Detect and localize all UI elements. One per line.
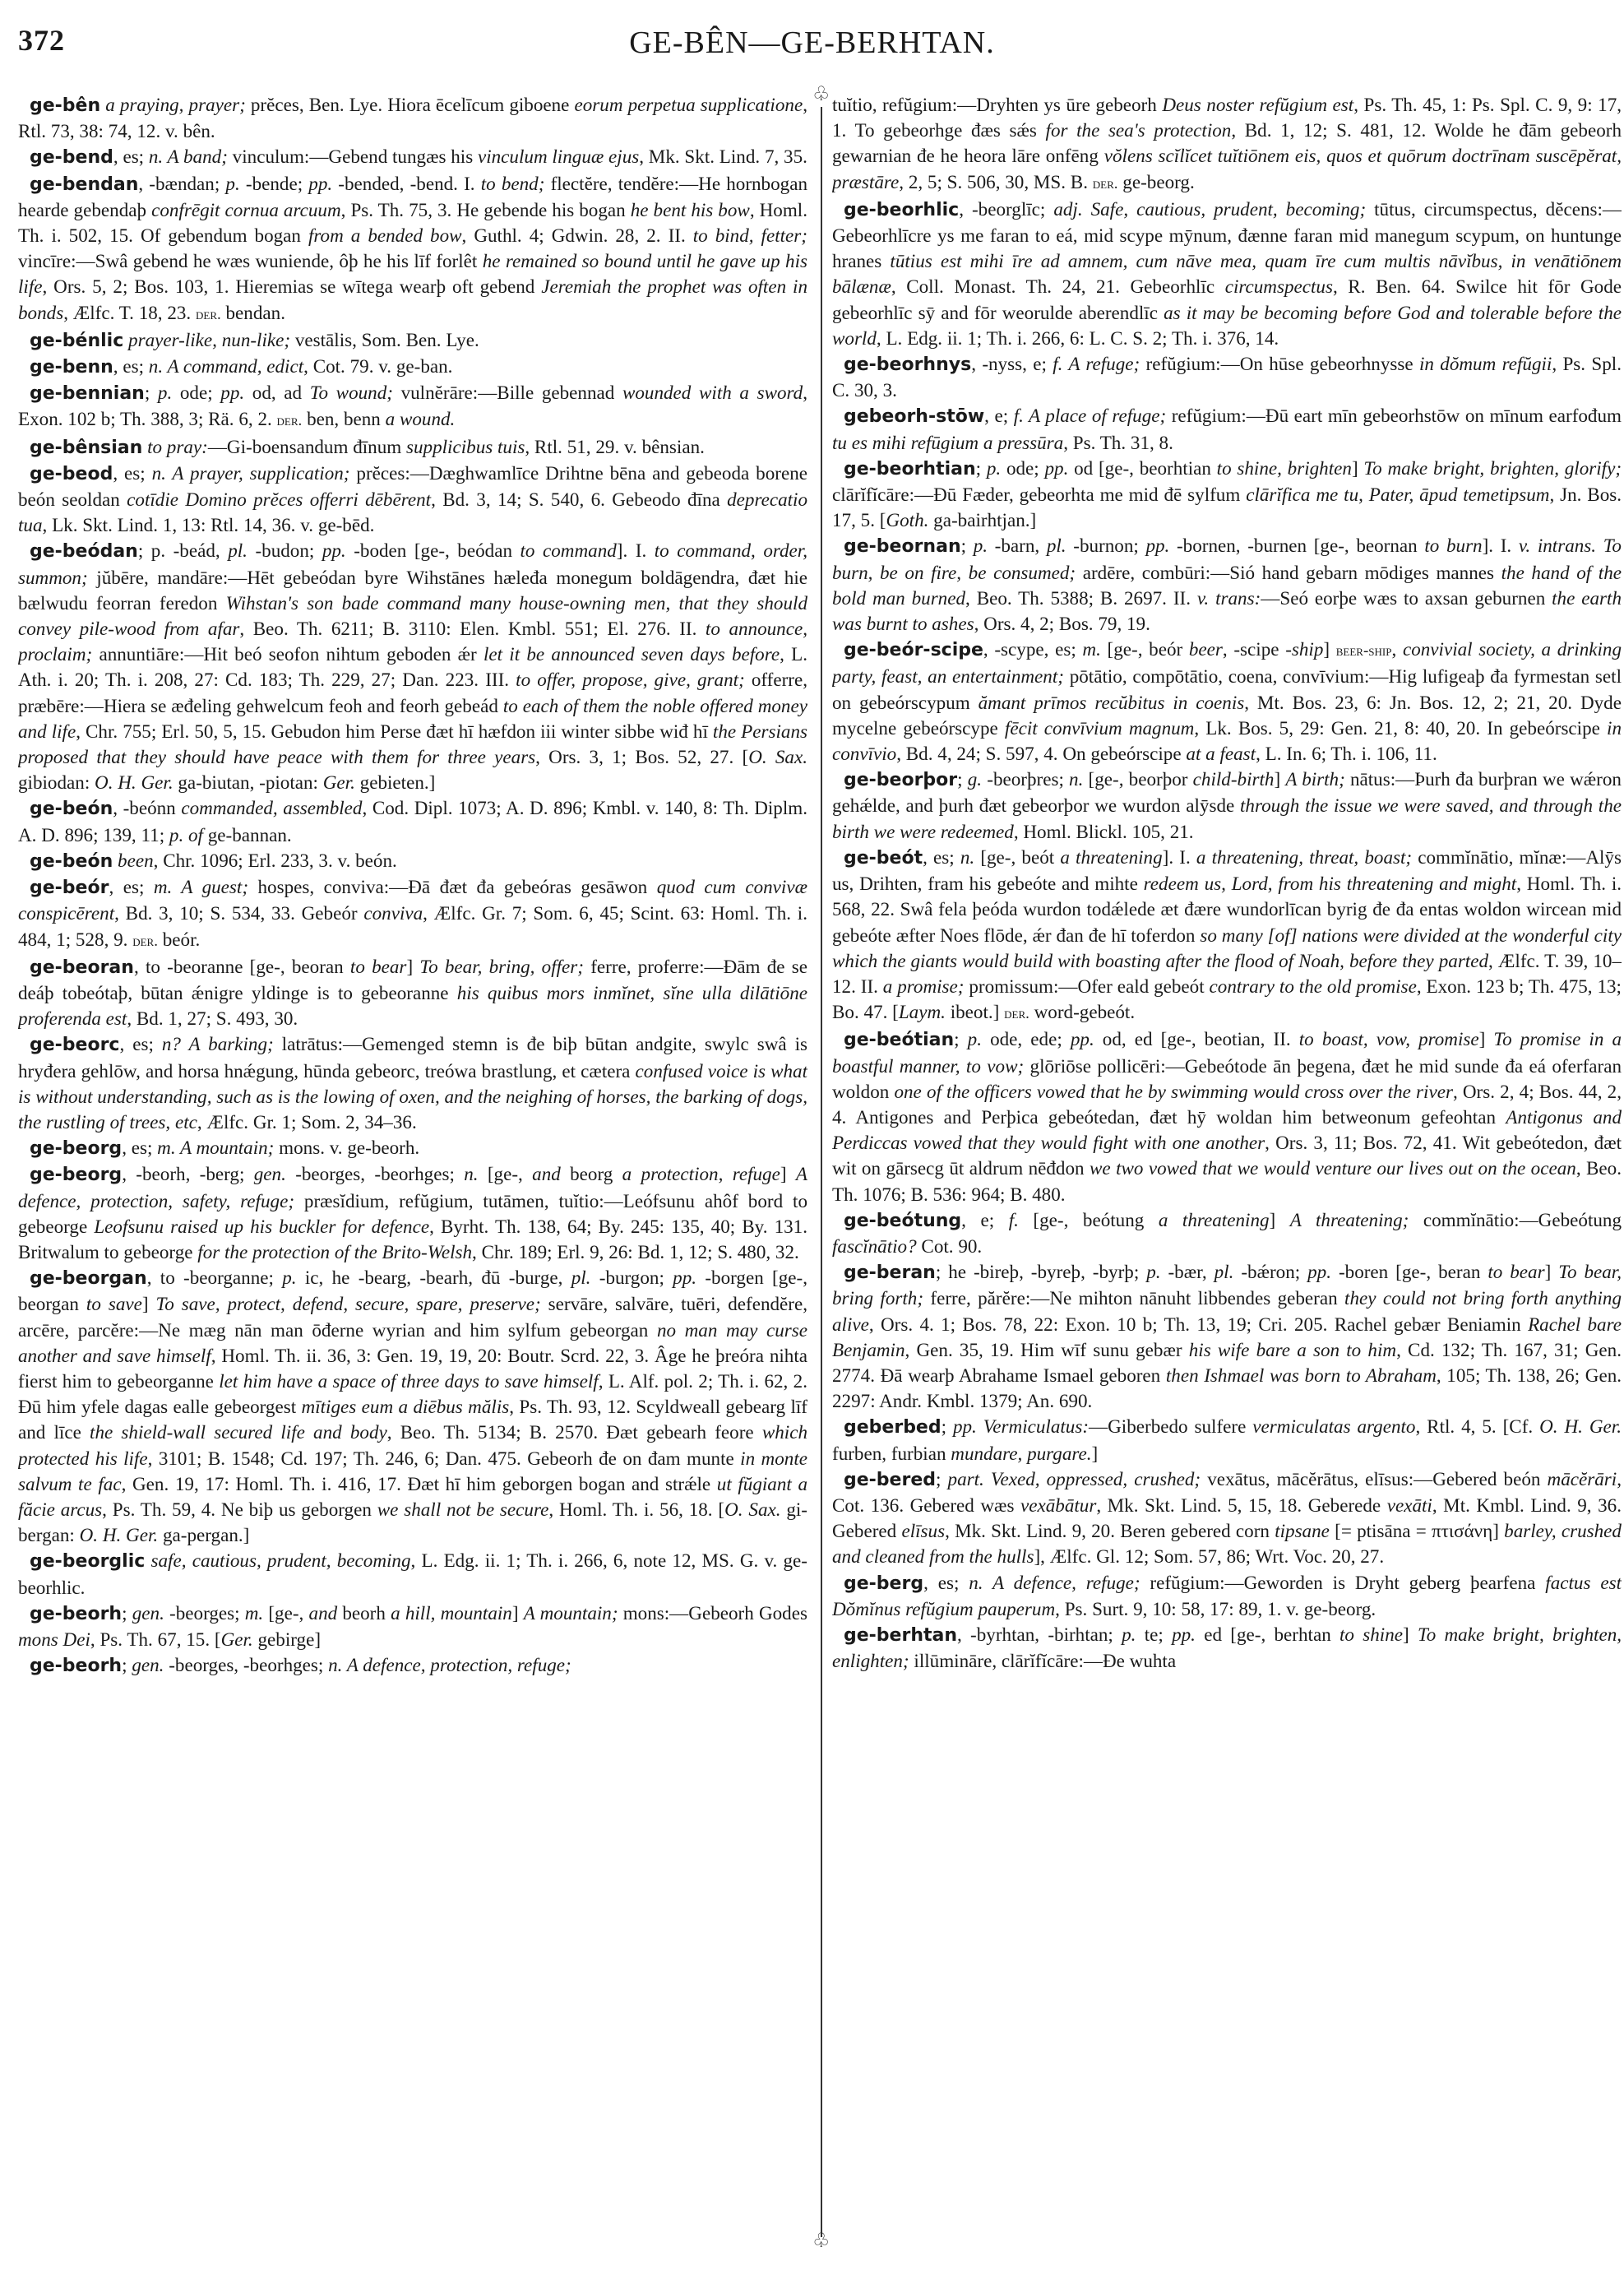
entry-text: , Mk. Skt. Lind. 7, 35. (639, 146, 807, 167)
running-head: GE-BÊN—GE-BERHTAN. (16, 25, 1608, 61)
entry-text: vinculum:—Gebend tungæs his (228, 146, 478, 167)
italic-gloss: to pray: (147, 436, 208, 457)
italic-gloss: contrary to the old promise (1210, 975, 1417, 997)
entry-text: ; (954, 1028, 968, 1049)
entry-text: -beorþres; (982, 768, 1069, 790)
italic-gloss: O. H. Ger. (95, 771, 174, 793)
entry-text: ] (780, 1163, 796, 1184)
italic-gloss: Laym. (899, 1001, 946, 1022)
entry-text: -burgon; (590, 1267, 673, 1288)
italic-gloss: we two vowed that we would venture our l… (1090, 1157, 1576, 1179)
italic-gloss: pl. (228, 540, 248, 561)
entry-text: , Ps. Th. 75, 3. He gebende his bogan (341, 199, 631, 220)
entry-text: ]. I. (1483, 535, 1519, 556)
italic-gloss: pp. (322, 540, 346, 561)
entry-text: ben, benn (302, 408, 385, 429)
dictionary-entry: ge-bên a praying, prayer; prĕces, Ben. L… (18, 92, 807, 144)
headword: ge-berg (844, 1573, 923, 1594)
italic-gloss: a threatening (1159, 1209, 1270, 1230)
headword: ge-beornan (844, 536, 961, 557)
left-column: ge-bên a praying, prayer; prĕces, Ben. L… (18, 92, 807, 2247)
headword: ge-beod (30, 464, 113, 484)
italic-gloss: to offer, propose, give, grant; (516, 669, 745, 690)
italic-gloss: for the sea's protection (1046, 119, 1232, 141)
italic-gloss: O. Sax. (724, 1499, 780, 1520)
entry-text: , Lk. Skt. Lind. 1, 13: Rtl. 14, 36. v. … (43, 514, 375, 535)
headword: ge-bênsian (30, 438, 142, 458)
entry-text: ; (957, 768, 968, 790)
entry-text: refŭgium:—On hūse gebeorhnysse (1140, 353, 1419, 374)
entry-text: , Chr. 1096; Erl. 233, 3. v. beón. (154, 850, 397, 871)
italic-gloss: gen. (132, 1602, 164, 1624)
italic-gloss: tipsane (1275, 1520, 1330, 1541)
italic-gloss: O. H. Ger. (80, 1524, 159, 1545)
entry-text: —Giberbedo sulfere (1089, 1415, 1252, 1437)
italic-gloss: part. Vexed, oppressed, crushed; (948, 1468, 1201, 1489)
dictionary-entry: geberbed; pp. Vermiculatus:—Giberbedo su… (832, 1414, 1622, 1466)
entry-text: ode; (1001, 457, 1044, 479)
entry-text: , -beorh, -berg; (122, 1163, 254, 1184)
entry-text: ; (976, 457, 987, 479)
headword: ge-beorþor (844, 770, 957, 790)
entry-text (145, 1550, 150, 1571)
dictionary-entry: ge-bendan, -bændan; p. -bende; pp. -bend… (18, 171, 807, 327)
entry-text: , Lk. Bos. 5, 29: Gen. 21, 8: 40, 20. In… (1194, 717, 1607, 739)
headword: ge-beótung (844, 1211, 961, 1231)
entry-text: , Ors. 4, 2; Bos. 79, 19. (974, 613, 1150, 634)
italic-gloss: to bind, fetter; (693, 225, 807, 246)
italic-gloss: redeem us, Lord, from his threatening an… (1144, 873, 1517, 894)
entry-text: , Chr. 189; Erl. 9, 26: Bd. 1, 12; S. 48… (472, 1241, 799, 1262)
italic-gloss: let it be announced seven days before (483, 643, 780, 665)
italic-gloss: gen. (254, 1163, 286, 1184)
entry-text: —Gi-boensandum đīnum (208, 436, 406, 457)
italic-gloss: gen. (132, 1654, 164, 1675)
headword: gebeorh-stōw (844, 406, 984, 427)
italic-gloss: confrēgit cornua arcuum (151, 199, 341, 220)
entry-text: ; (122, 1654, 132, 1675)
entry-text: promissum:—Ofer eald gebeót (964, 975, 1209, 997)
italic-gloss: the shield-wall secured life and body (90, 1421, 387, 1443)
dictionary-entry: gebeorh-stōw, e; f. A place of refuge; r… (832, 403, 1622, 455)
entry-text: bendan. (221, 302, 285, 323)
entry-text: , es; (119, 1033, 161, 1054)
smallcaps-label: der. (1093, 175, 1118, 192)
italic-gloss: pp. (1044, 457, 1068, 479)
entry-text: ] (142, 1293, 156, 1314)
dictionary-entry: ge-beorþor; g. -beorþres; n. [ge-, beorþ… (832, 767, 1622, 845)
headword: ge-beót (844, 848, 923, 869)
entry-text: beorh (337, 1602, 391, 1624)
italic-gloss: pp. Vermiculatus: (953, 1415, 1089, 1437)
smallcaps-label: beer-ship (1336, 642, 1392, 660)
italic-gloss: To wound; (310, 382, 393, 403)
entry-text: [ge-, beótung (1019, 1209, 1159, 1230)
entry-text: , e; (961, 1209, 1009, 1230)
entry-text: ] (1479, 1028, 1494, 1049)
entry-text: , Ælfc. T. 18, 23. (63, 302, 196, 323)
headword: ge-beótian (844, 1030, 954, 1050)
italic-gloss: clārĭfica me tu, Pater, āpud temetipsum (1246, 484, 1549, 505)
entry-text: [ge-, (479, 1163, 533, 1184)
entry-text: ga-bairhtjan.] (928, 509, 1036, 530)
entry-text: -burnon; (1066, 535, 1146, 556)
italic-gloss: to bend; (481, 173, 545, 194)
entry-text: mons. v. ge-beorh. (274, 1137, 419, 1158)
dictionary-entry: ge-bênsian to pray:—Gi-boensandum đīnum … (18, 434, 807, 461)
italic-gloss: pp. (308, 173, 332, 194)
entry-text: -bornen, -burnen [ge-, beornan (1169, 535, 1424, 556)
entry-text: , L. In. 6; Th. i. 106, 11. (1256, 743, 1437, 764)
italic-gloss: p. (974, 535, 988, 556)
italic-gloss: A birth; (1285, 768, 1344, 790)
headword: ge-bennian (30, 383, 145, 404)
entry-text: -boren [ge-, beran (1331, 1261, 1488, 1282)
italic-gloss: f. A place of refuge; (1014, 405, 1166, 426)
italic-gloss: n. A command, edict (149, 355, 303, 377)
entry-text: ; (942, 1415, 953, 1437)
entry-text: , Bd. 1, 27; S. 493, 30. (127, 1008, 298, 1029)
italic-gloss: pp. (220, 382, 244, 403)
entry-text: ] (1092, 1443, 1099, 1464)
entry-text: [= ptisāna = πτισάνη] (1330, 1520, 1504, 1541)
italic-gloss: pp. (1172, 1624, 1196, 1645)
italic-gloss: p. (968, 1028, 982, 1049)
entry-text: illūmināre, clārĭfĭcāre:—Đe wuhta (909, 1650, 1176, 1671)
italic-gloss: circumspectus (1225, 276, 1333, 297)
entry-text: ode, ede; (982, 1028, 1071, 1049)
entry-text: -bende; (240, 173, 309, 194)
headword: ge-beorglic (30, 1551, 145, 1572)
dictionary-columns: ge-bên a praying, prayer; prĕces, Ben. L… (18, 92, 1609, 2251)
entry-text: —Seó eorþe wæs to axsan geburnen (1261, 587, 1552, 609)
dictionary-entry: ge-beoran, to -beoranne [ge-, beoran to … (18, 954, 807, 1032)
entry-text: Cot. 90. (917, 1235, 983, 1257)
italic-gloss: from a bended bow (308, 225, 462, 246)
entry-text: ed [ge-, berhtan (1196, 1624, 1339, 1645)
entry-text: , Mk. Skt. Lind. 5, 15, 18. Geberede (1096, 1494, 1386, 1516)
dictionary-entry: ge-beótung, e; f. [ge-, beótung a threat… (832, 1207, 1622, 1259)
entry-text: ferre, părĕre:—Ne mihton nānuht libbende… (923, 1287, 1344, 1309)
italic-gloss: to bear (1488, 1261, 1544, 1282)
entry-text: ga-biutan, -piotan: (174, 771, 323, 793)
entry-text: od, ed [ge-, beotian, II. (1094, 1028, 1299, 1049)
italic-gloss: elīsus (901, 1520, 945, 1541)
italic-gloss: Ger. (323, 771, 355, 793)
entry-text: , -byrhtan, -birhtan; (957, 1624, 1122, 1645)
italic-gloss: in dŏmum refŭgii (1419, 353, 1552, 374)
headword: ge-beorhtian (844, 459, 976, 479)
entry-text: ibeot.] (946, 1001, 1004, 1022)
entry-text: [ge-, beorþor (1083, 768, 1192, 790)
entry-text: , L. Edg. ii. 1; Th. i. 266, 6: L. C. S.… (877, 327, 1279, 349)
entry-text: hospes, conviva:—Đā đæt đa gebeóras gesā… (248, 876, 657, 897)
entry-text: , to -beorganne; (147, 1267, 283, 1288)
headword: ge-beorhlic (844, 200, 959, 220)
headword: ge-beór (30, 878, 109, 898)
entry-text: ] (1274, 768, 1285, 790)
italic-gloss: n. A prayer, supplication; (152, 462, 350, 484)
entry-text: gebieten.] (355, 771, 435, 793)
entry-text: -beorges; (164, 1602, 245, 1624)
dictionary-entry: ge-beorg, -beorh, -berg; gen. -beorges, … (18, 1161, 807, 1265)
entry-text: -budon; (248, 540, 322, 561)
entry-text: , -nyss, e; (971, 353, 1053, 374)
italic-gloss: wounded with a sword (622, 382, 803, 403)
entry-text: commĭnātio:—Gebeótung (1409, 1209, 1622, 1230)
entry-text: ] (1352, 457, 1363, 479)
italic-gloss: n. A band; (149, 146, 228, 167)
entry-text: beór. (158, 929, 200, 950)
italic-gloss: safe, cautious, prudent, becoming (151, 1550, 411, 1571)
entry-text: ] (406, 956, 419, 977)
headword: ge-beran (844, 1262, 936, 1283)
entry-text: , -scype, es; (983, 638, 1083, 660)
entry-text: ic, he -bearg, -bearh, đū -burge, (297, 1267, 571, 1288)
entry-text: gebirge] (253, 1628, 321, 1650)
entry-text: [ge-, beót (974, 846, 1060, 868)
italic-gloss: mītiges eum a diēbus mălis (302, 1396, 510, 1417)
italic-gloss: a promise; (883, 975, 965, 997)
italic-gloss: commanded, assembled (181, 797, 362, 818)
entry-text: furben, furbian (832, 1443, 951, 1464)
entry-text: , Ælfc. Gr. 1; Som. 2, 34–36. (197, 1111, 417, 1133)
page-header: 372 GE-BÊN—GE-BERHTAN. (16, 23, 1608, 72)
italic-gloss: to save (86, 1293, 142, 1314)
italic-gloss: p. of (169, 824, 203, 845)
italic-gloss: -ship (1285, 638, 1323, 660)
headword: geberbed (844, 1417, 942, 1438)
italic-gloss: to boast, vow, promise (1299, 1028, 1479, 1049)
italic-gloss: pl. (1047, 535, 1066, 556)
entry-text: , Ors. 5, 2; Bos. 103, 1. Hieremias se w… (43, 276, 542, 297)
entry-text: , Gen. 35, 19. Him wīf sunu gebær (905, 1339, 1189, 1360)
entry-text: , -beónn (113, 797, 181, 818)
dictionary-entry: ge-bénlic prayer-like, nun-like; vestāli… (18, 327, 807, 354)
smallcaps-label: der. (1004, 1005, 1029, 1022)
italic-gloss: his wife bare a son to him (1189, 1339, 1396, 1360)
italic-gloss: m. A guest; (154, 876, 248, 897)
entry-text: , Rtl. 51, 29. v. bênsian. (525, 436, 705, 457)
entry-text: , es; (109, 876, 153, 897)
italic-gloss: A mountain; (524, 1602, 618, 1624)
entry-text: ga-pergan.] (158, 1524, 249, 1545)
headword: ge-beorc (30, 1035, 119, 1055)
italic-gloss: n. A defence, protection, refuge; (328, 1654, 571, 1675)
entry-text: vulnĕrāre:—Bille gebennad (393, 382, 622, 403)
entry-text: ] (1270, 1209, 1290, 1230)
italic-gloss: p. (987, 457, 1001, 479)
entry-text: ; (936, 1468, 948, 1489)
entry-continuation: tuĭtio, refŭgium:—Dryhten ys ūre gebeorh… (832, 92, 1622, 197)
headword: ge-bend (30, 147, 113, 168)
entry-text: , Beo. Th. 6211; B. 3110: Elen. Kmbl. 55… (239, 618, 706, 639)
entry-text: , es; (923, 1572, 969, 1593)
entry-text: -bǽron; (1233, 1261, 1307, 1282)
italic-gloss: let him have a space of three days to sa… (219, 1370, 598, 1392)
entry-text: ] (1545, 1261, 1559, 1282)
headword: ge-beorh (30, 1656, 122, 1676)
entry-text: , Ps. Surt. 9, 10: 58, 17: 89, 1. v. ge-… (1055, 1598, 1376, 1619)
dictionary-entry: ge-berg, es; n. A defence, refuge; refŭg… (832, 1570, 1622, 1622)
italic-gloss: p. (158, 382, 172, 403)
entry-text: , Chr. 755; Erl. 50, 5, 15. Gebudon him … (76, 720, 713, 742)
headword: ge-beór-scipe (844, 640, 983, 660)
italic-gloss: pp. (1071, 1028, 1094, 1049)
italic-gloss: pp. (1307, 1261, 1331, 1282)
entry-text: , 2, 5; S. 506, 30, MS. B. (899, 171, 1092, 192)
italic-gloss: To make bright, brighten, glorify; (1363, 457, 1622, 479)
headword: ge-beorhnys (844, 354, 971, 375)
italic-gloss: cotīdie Domino prĕces offerri dēbērent (127, 489, 431, 510)
headword: ge-beorg (30, 1138, 122, 1159)
entry-text: , (1391, 638, 1402, 660)
italic-gloss: Ger. (221, 1628, 253, 1650)
dictionary-entry: ge-benn, es; n. A command, edict, Cot. 7… (18, 354, 807, 380)
italic-gloss: pp. (1145, 535, 1169, 556)
smallcaps-label: der. (196, 306, 221, 323)
entry-text: , e; (984, 405, 1014, 426)
dictionary-entry: ge-beorhtian; p. ode; pp. od [ge-, beorh… (832, 456, 1622, 534)
italic-gloss: for the protection of the Brito-Welsh (197, 1241, 472, 1262)
entry-text: -bended, -bend. I. (332, 173, 481, 194)
entry-text: -beorges, -beorhges; (164, 1654, 328, 1675)
italic-gloss: pp. (673, 1267, 696, 1288)
italic-gloss: been (118, 850, 154, 871)
italic-gloss: n? A barking; (162, 1033, 274, 1054)
entry-text: , Guthl. 4; Gdwin. 28, 2. II. (462, 225, 693, 246)
smallcaps-label: der. (132, 933, 158, 950)
entry-text: prĕces, Ben. Lye. Hiora ēcelīcum giboene (246, 94, 575, 115)
entry-text: vincīre:—Swâ gebend he wæs wuniende, ôþ … (18, 250, 483, 271)
entry-text: , Bd. 3, 14; S. 540, 6. Gebeodo đīna (431, 489, 727, 510)
entry-text: , Ps. Th. 59, 4. Ne biþ us geborgen (102, 1499, 377, 1520)
italic-gloss: n. (960, 846, 974, 868)
entry-text: ] (512, 1602, 524, 1624)
dictionary-entry: ge-beorg, es; m. A mountain; mons. v. ge… (18, 1135, 807, 1161)
entry-text: [ge-, beór (1101, 638, 1189, 660)
italic-gloss: tu es mihi refūgium a pressūra (832, 432, 1063, 453)
italic-gloss: child-birth (1193, 768, 1275, 790)
italic-gloss: fēcit convīvium magnum (1005, 717, 1194, 739)
italic-gloss: m. (1082, 638, 1100, 660)
entry-text: , Beo. Th. 5388; B. 2697. II. (965, 587, 1197, 609)
entry-text: ] (1323, 638, 1335, 660)
entry-text: -boden [ge-, beódan (346, 540, 521, 561)
column-ornament-top-icon: ♧ (812, 82, 831, 106)
italic-gloss: mundare, purgare. (951, 1443, 1091, 1464)
italic-gloss: n. (464, 1163, 478, 1184)
italic-gloss: vinculum linguæ ejus (478, 146, 639, 167)
headword: ge-bendan (30, 174, 138, 195)
italic-gloss: O. Sax. (748, 746, 807, 767)
entry-text: [ge-, (263, 1602, 308, 1624)
entry-text: -barn, (988, 535, 1047, 556)
entry-text: , Homl. Blickl. 105, 21. (1014, 821, 1194, 842)
headword: ge-berhtan (844, 1625, 957, 1646)
entry-text: ; he -bireþ, -byreþ, -byrþ; (936, 1261, 1146, 1282)
dictionary-entry: ge-beran; he -bireþ, -byreþ, -byrþ; p. -… (832, 1259, 1622, 1414)
headword: ge-beorh (30, 1604, 122, 1624)
entry-text: ardēre, combūri:—Sió hand gebarn mōdiges… (1076, 562, 1501, 583)
entry-text: , Ps. Th. 67, 15. [ (90, 1628, 221, 1650)
italic-gloss: beer (1189, 638, 1223, 660)
entry-text: ; (145, 382, 158, 403)
dictionary-entry: ge-beorhlic, -beorglīc; adj. Safe, cauti… (832, 197, 1622, 351)
entry-text: vexātus, mācĕrātus, elīsus:—Gebered beón (1201, 1468, 1547, 1489)
entry-text: refŭgium:—Đū eart mīn gebeorhstōw on mīn… (1166, 405, 1622, 426)
italic-gloss: mons Dei (18, 1628, 90, 1650)
entry-text: clārĭfĭcāre:—Đū Fæder, gebeorhta me mid … (832, 484, 1246, 505)
dictionary-entry: ge-beorh; gen. -beorges; m. [ge-, and be… (18, 1601, 807, 1652)
italic-gloss: fascĭnātio? (832, 1235, 917, 1257)
italic-gloss: g. (968, 768, 982, 790)
headword: ge-beódan (30, 541, 138, 562)
entry-text: beorg (561, 1163, 622, 1184)
entry-text: , Ps. Th. 31, 8. (1063, 432, 1173, 453)
entry-text: , -beorglīc; (959, 198, 1053, 220)
italic-gloss: to command (521, 540, 617, 561)
entry-text: od [ge-, beorhtian (1068, 457, 1216, 479)
entry-text: ode; (172, 382, 220, 403)
italic-gloss: then Ishmael was born to Abraham (1166, 1364, 1437, 1386)
italic-gloss: to burn (1424, 535, 1482, 556)
dictionary-entry: ge-beór, es; m. A guest; hospes, conviva… (18, 874, 807, 954)
entry-text: , -scipe (1223, 638, 1285, 660)
italic-gloss: at a feast (1186, 743, 1256, 764)
italic-gloss: To save, protect, defend, secure, spare,… (156, 1293, 541, 1314)
italic-gloss: he bent his bow (631, 199, 750, 220)
entry-text: , Bd. 4, 24; S. 597, 4. On gebeórscipe (896, 743, 1186, 764)
italic-gloss: A threatening; (1290, 1209, 1409, 1230)
dictionary-entry: ge-beótian; p. ode, ede; pp. od, ed [ge-… (832, 1026, 1622, 1207)
entry-text: ; p. -beád, (138, 540, 228, 561)
entry-text: , Homl. Th. i. 56, 18. [ (548, 1499, 724, 1520)
headword: ge-beorgan (30, 1268, 147, 1289)
dictionary-entry: ge-beorgan, to -beorganne; p. ic, he -be… (18, 1265, 807, 1548)
dictionary-entry: ge-beón, -beónn commanded, assembled, Co… (18, 795, 807, 847)
italic-gloss: a threatening, threat, boast; (1196, 846, 1412, 868)
italic-gloss: Leofsunu raised up his buckler for defen… (94, 1216, 429, 1237)
dictionary-entry: ge-bered; part. Vexed, oppressed, crushe… (832, 1466, 1622, 1570)
entry-text: te; (1136, 1624, 1172, 1645)
italic-gloss: f. A refuge; (1053, 353, 1140, 374)
italic-gloss: eorum perpetua supplicatione (575, 94, 803, 115)
italic-gloss: p. (225, 173, 239, 194)
headword: ge-beón (30, 799, 113, 819)
headword: ge-beón (30, 851, 113, 872)
italic-gloss: pl. (1215, 1261, 1234, 1282)
entry-text: , Bd. 3, 10; S. 534, 33. Gebeór (114, 902, 363, 924)
entry-text: , to -beoranne [ge-, beoran (134, 956, 350, 977)
headword: ge-bên (30, 95, 100, 116)
entry-text: , es; (113, 462, 151, 484)
italic-gloss: adj. Safe, cautious, prudent, becoming; (1053, 198, 1366, 220)
italic-gloss: Deus noster refŭgium est (1162, 94, 1353, 115)
entry-text: , Coll. Monast. Th. 24, 21. Gebeorhlīc (891, 276, 1225, 297)
entry-text: , Gen. 19, 17: Homl. Th. i. 416, 17. Đæt… (122, 1473, 717, 1494)
entry-text: ge-bannan. (203, 824, 292, 845)
italic-gloss: a wound. (386, 408, 456, 429)
italic-gloss: m. (245, 1602, 263, 1624)
italic-gloss: n. (1069, 768, 1083, 790)
italic-gloss: we shall not be secure (377, 1499, 549, 1520)
italic-gloss: ămant prīmos recŭbitus in coenis (979, 692, 1245, 713)
entry-text: gibiodan: (18, 771, 95, 793)
entry-text: ]. I. (617, 540, 655, 561)
italic-gloss: and (309, 1602, 338, 1624)
entry-text: , Ors. 4. 1; Bos. 78, 22: Exon. 10 b; Th… (869, 1313, 1528, 1335)
